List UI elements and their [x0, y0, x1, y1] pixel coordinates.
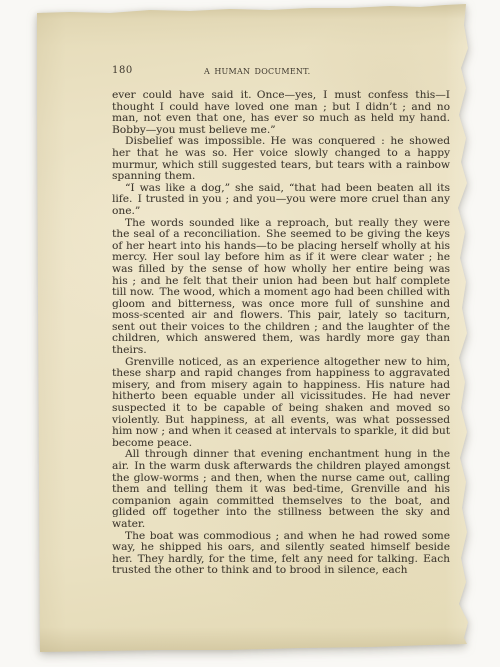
paragraph: Disbelief was impossible. He was conquer… [112, 136, 450, 182]
running-title: A HUMAN DOCUMENT. [204, 67, 310, 76]
page-header: 180 A HUMAN DOCUMENT. [112, 65, 450, 81]
paragraph: The words sounded like a reproach, but r… [112, 218, 450, 357]
paragraph: The boat was commodious ; and when he ha… [112, 531, 450, 577]
paragraph: All through dinner that evening enchantm… [112, 449, 450, 530]
paragraph-continuation: ever could have said it. Once—yes, I mus… [112, 90, 450, 136]
book-page: 180 A HUMAN DOCUMENT. ever could have sa… [36, 4, 469, 653]
page-body: ever could have said it. Once—yes, I mus… [112, 90, 450, 577]
page-number: 180 [112, 65, 133, 76]
paragraph: “I was like a dog,” she said, “that had … [112, 183, 450, 218]
photo-background: 180 A HUMAN DOCUMENT. ever could have sa… [0, 0, 500, 667]
book-page-wrap: 180 A HUMAN DOCUMENT. ever could have sa… [36, 4, 469, 653]
paragraph: Grenville noticed, as an experience alto… [112, 357, 450, 450]
